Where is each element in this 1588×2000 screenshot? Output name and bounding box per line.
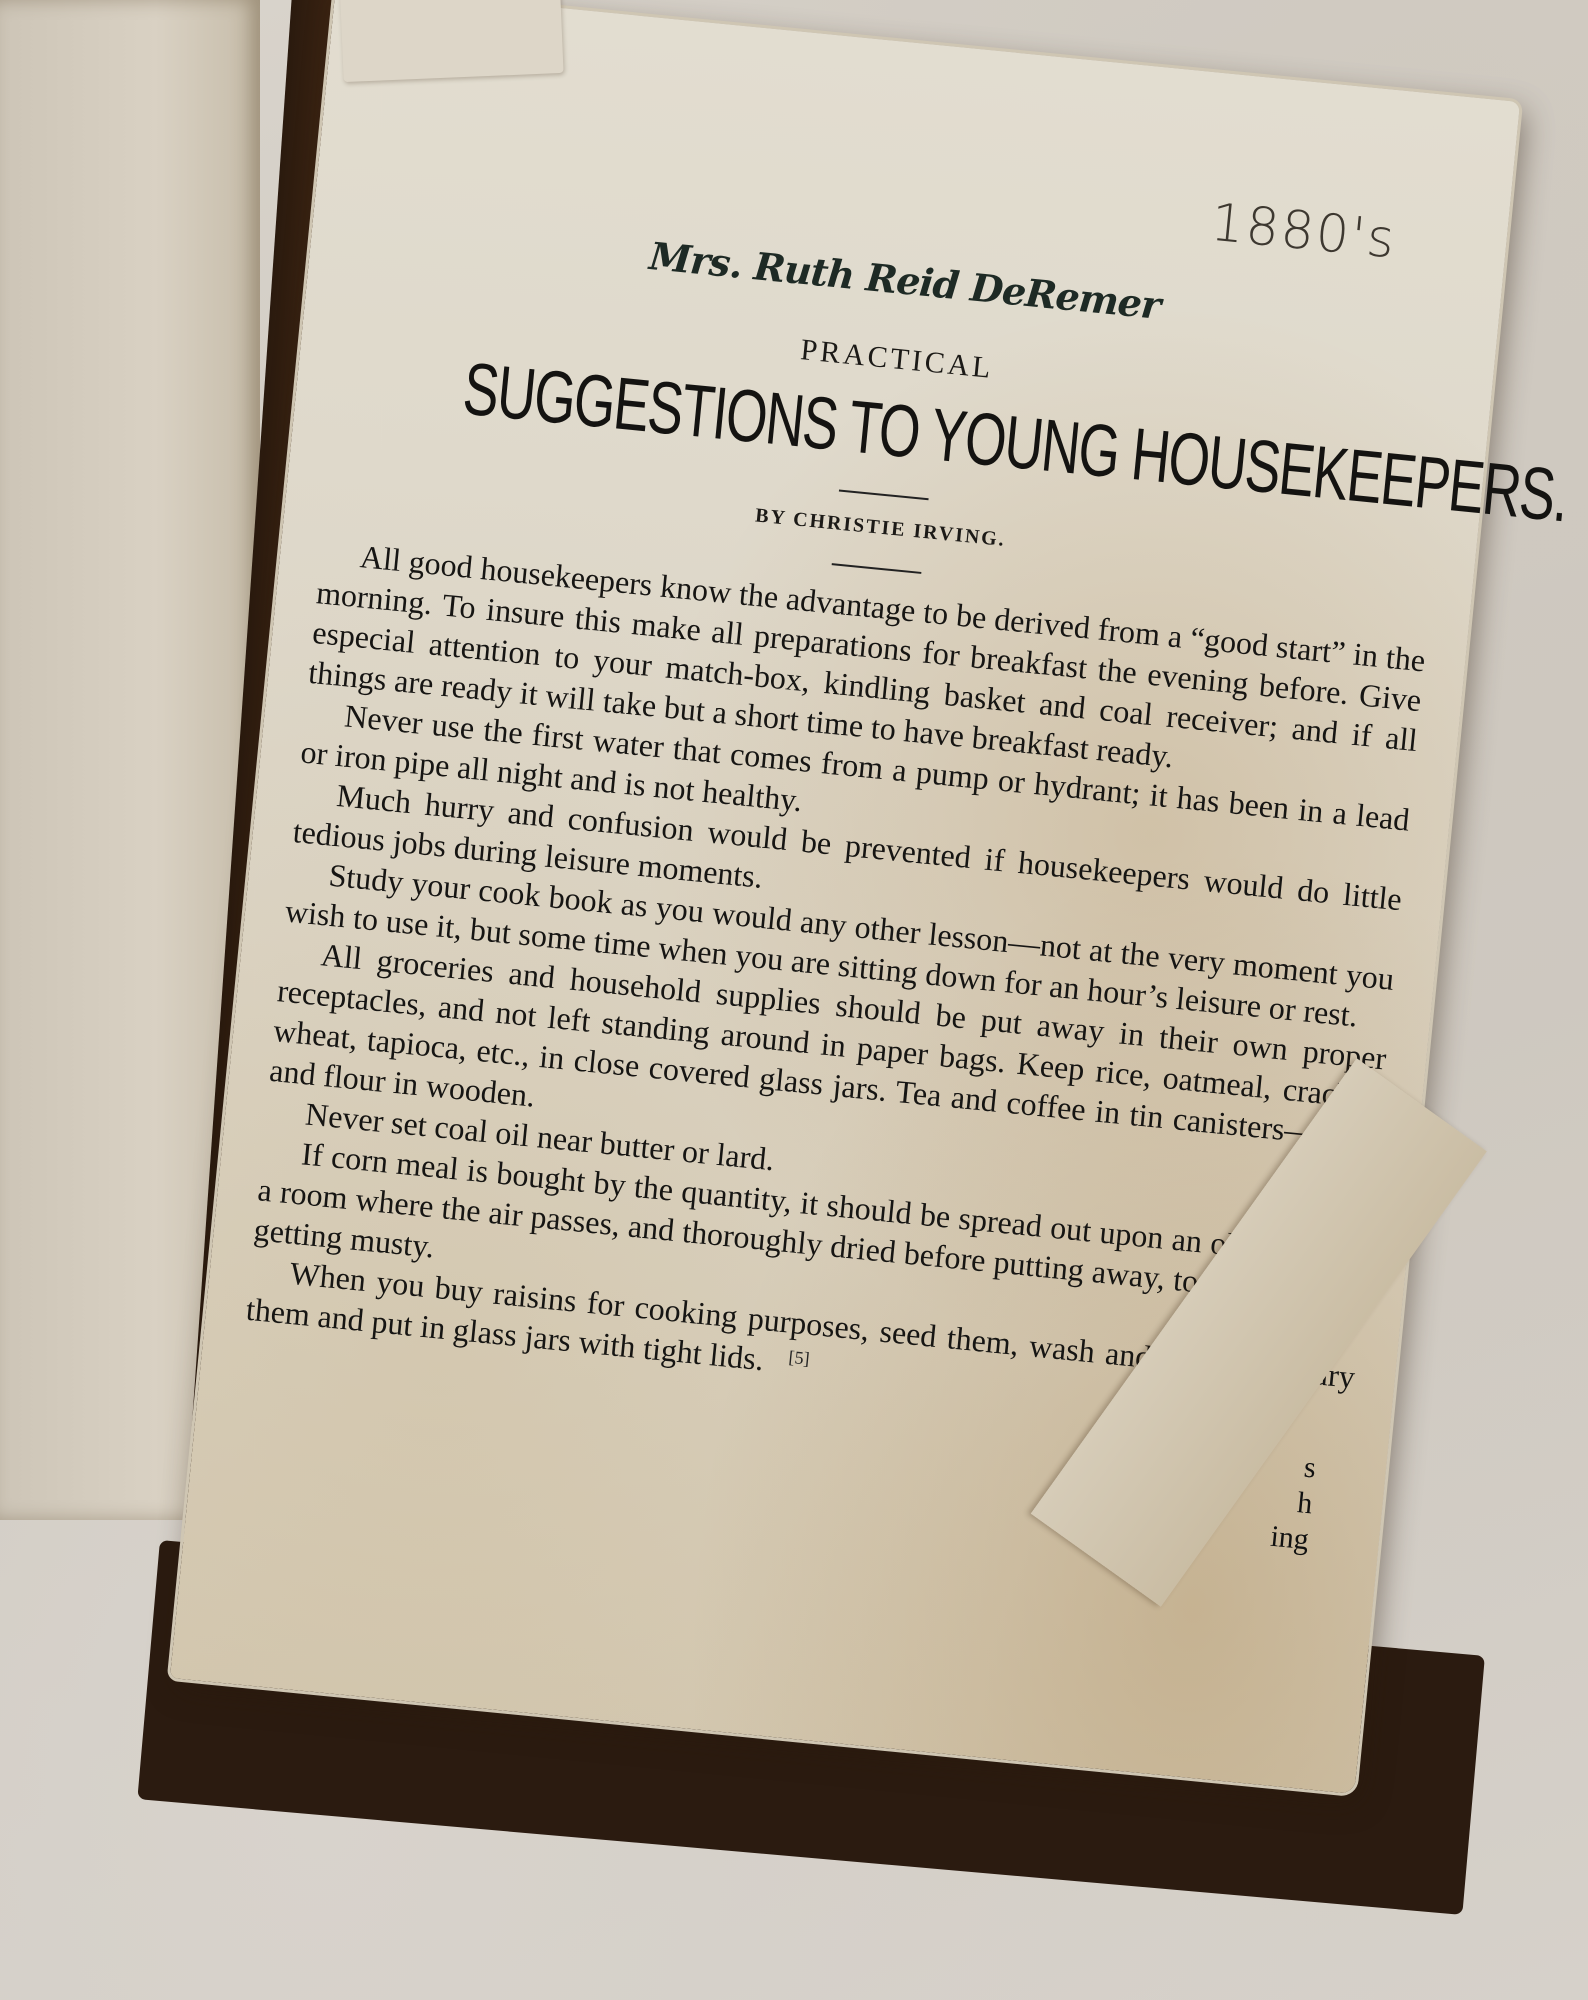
handwritten-date: 1880's — [1208, 193, 1399, 271]
text-fragment: s — [1276, 1447, 1318, 1487]
text-fragment: h — [1272, 1483, 1314, 1523]
text-fragment: ing — [1269, 1519, 1311, 1559]
divider — [832, 563, 922, 574]
document-page: 1880's Mrs. Ruth Reid DeRemer PRACTICAL … — [170, 0, 1520, 1794]
divider — [839, 490, 929, 501]
